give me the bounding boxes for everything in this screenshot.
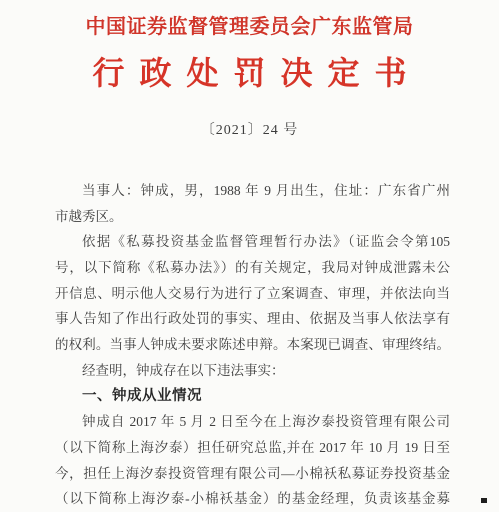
penalty-decision-document-page: 中国证券监督管理委员会广东监管局 行政处罚决定书 〔2021〕24 号 当事人：… (0, 0, 499, 512)
body-line-employment-4: （以下简称上海汐泰-小棉袄基金）的基金经理，负责该基金募 (55, 486, 450, 512)
body-line-employment-2: （以下简称上海汐泰）担任研究总监,并在 2017 年 10 月 19 日至 (55, 435, 450, 461)
document-header: 中国证券监督管理委员会广东监管局 行政处罚决定书 〔2021〕24 号 (0, 0, 499, 139)
document-number: 〔2021〕24 号 (0, 119, 499, 139)
scan-artifact-dot (481, 498, 487, 503)
body-line-party-info-2: 市越秀区。 (55, 204, 450, 230)
section-heading-employment: 一、钟成从业情况 (55, 384, 450, 410)
body-line-employment-1: 钟成自 2017 年 5 月 2 日至今在上海汐泰投资管理有限公司 (55, 409, 450, 435)
document-title: 行政处罚决定书 (0, 48, 499, 94)
body-line-legal-basis-2: 号，以下简称《私募办法》）的有关规定，我局对钟成泄露未公 (55, 255, 450, 281)
body-line-legal-basis-1: 依据《私募投资基金监督管理暂行办法》（证监会令第105 (55, 229, 450, 255)
body-line-legal-basis-4: 事人告知了作出行政处罚的事实、理由、依据及当事人依法享有 (55, 306, 450, 332)
issuing-agency-title: 中国证券监督管理委员会广东监管局 (0, 10, 499, 39)
body-line-legal-basis-3: 开信息、明示他人交易行为进行了立案调查、审理，并依法向当 (55, 281, 450, 307)
document-body: 当事人：钟成，男，1988 年 9 月出生，住址：广东省广州 市越秀区。 依据《… (55, 178, 450, 512)
body-line-findings-intro: 经查明，钟成存在以下违法事实： (55, 358, 450, 384)
body-line-legal-basis-5: 的权利。当事人钟成未要求陈述申辩。本案现已调查、审理终结。 (55, 332, 450, 358)
body-line-employment-3: 今，担任上海汐泰投资管理有限公司—小棉袄私募证券投资基金 (55, 461, 450, 487)
body-line-party-info-1: 当事人：钟成，男，1988 年 9 月出生，住址：广东省广州 (55, 178, 450, 204)
